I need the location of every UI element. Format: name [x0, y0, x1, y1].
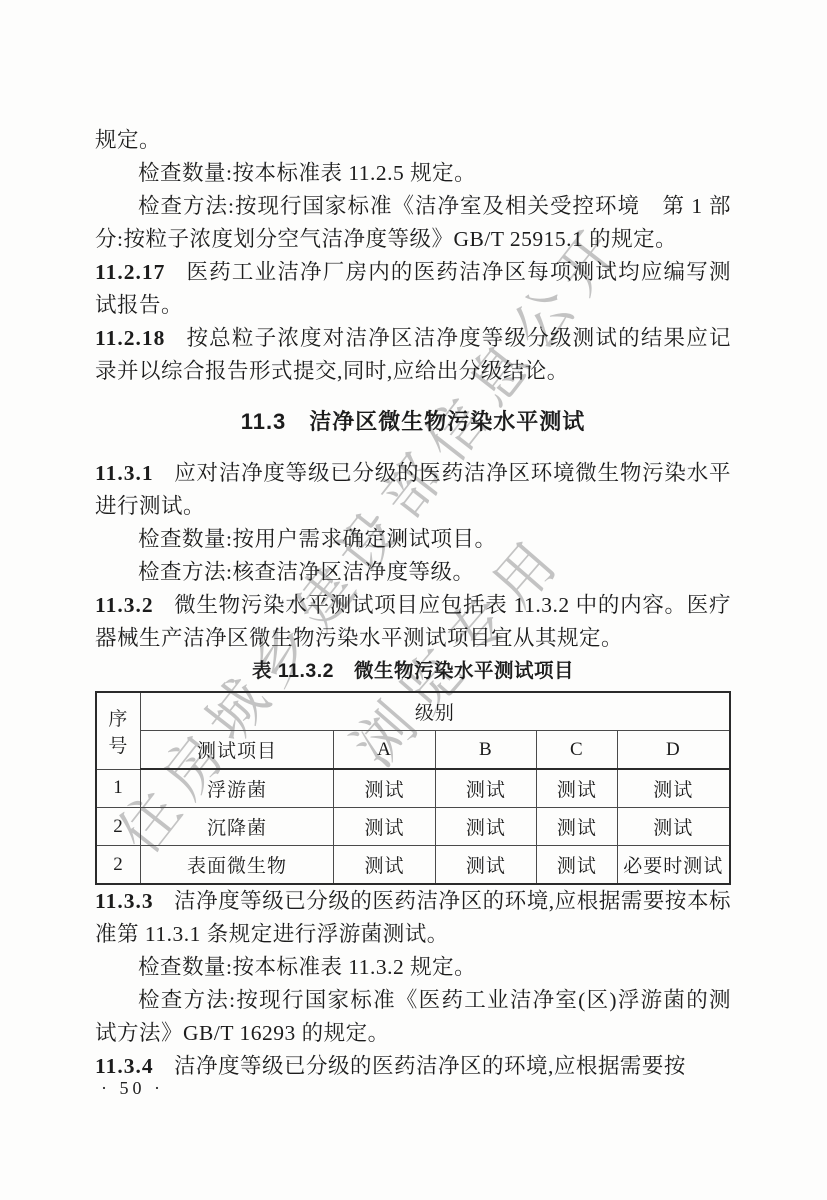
cell-item: 沉降菌: [140, 808, 333, 846]
page-content: 规定。 检查数量:按本标准表 11.2.5 规定。 检查方法:按现行国家标准《洁…: [95, 124, 731, 1083]
cell-item: 浮游菌: [140, 769, 333, 808]
table-header-row-1: 序号 级别: [96, 692, 730, 731]
cell-c: 测试: [537, 846, 618, 885]
check-method-11-3-1: 检查方法:核查洁净区洁净度等级。: [95, 556, 731, 589]
section-11-3-4: 11.3.4洁净度等级已分级的医药洁净区的环境,应根据需要按: [95, 1050, 731, 1083]
section-11-3-1: 11.3.1应对洁净度等级已分级的医药洁净区环境微生物污染水平进行测试。: [95, 457, 731, 523]
cell-d: 测试: [617, 808, 730, 846]
cell-item: 表面微生物: [140, 846, 333, 885]
paragraph-continuation: 规定。: [95, 124, 731, 157]
section-text: 洁净度等级已分级的医药洁净区的环境,应根据需要按: [174, 1054, 686, 1078]
section-number: 11.2.17: [95, 260, 165, 284]
section-11-3-2: 11.3.2微生物污染水平测试项目应包括表 11.3.2 中的内容。医疗器械生产…: [95, 589, 731, 655]
cell-seq: 2: [96, 846, 140, 885]
cell-d: 必要时测试: [617, 846, 730, 885]
section-number: 11.3.4: [95, 1054, 154, 1078]
section-11-2-17: 11.2.17医药工业洁净厂房内的医药洁净区每项测试均应编写测试报告。: [95, 256, 731, 322]
header-grade-d: D: [617, 731, 730, 770]
cell-c: 测试: [537, 808, 618, 846]
cell-a: 测试: [334, 846, 435, 885]
cell-b: 测试: [435, 808, 536, 846]
section-text: 微生物污染水平测试项目应包括表 11.3.2 中的内容。医疗器械生产洁净区微生物…: [95, 593, 731, 650]
section-number: 11.3.2: [95, 593, 154, 617]
check-quantity-11-3-3: 检查数量:按本标准表 11.3.2 规定。: [95, 951, 731, 984]
table-11-3-2: 序号 级别 测试项目 A B C D 1 浮游菌 测试 测试 测试 测试 2 沉…: [95, 691, 731, 885]
document-page: 住房城乡建设部信息公开 浏览专用 规定。 检查数量:按本标准表 11.2.5 规…: [0, 0, 827, 1200]
table-header-row-2: 测试项目 A B C D: [96, 731, 730, 770]
cell-a: 测试: [334, 769, 435, 808]
cell-b: 测试: [435, 846, 536, 885]
table-row: 2 表面微生物 测试 测试 测试 必要时测试: [96, 846, 730, 885]
section-text: 按总粒子浓度对洁净区洁净度等级分级测试的结果应记录并以综合报告形式提交,同时,应…: [95, 326, 731, 383]
section-text: 洁净度等级已分级的医药洁净区的环境,应根据需要按本标准第 11.3.1 条规定进…: [95, 889, 731, 946]
section-number: 11.2.18: [95, 326, 165, 350]
page-number: · 50 ·: [101, 1078, 164, 1099]
header-level: 级别: [140, 692, 730, 731]
header-seq: 序号: [96, 692, 140, 769]
section-11-3-3: 11.3.3洁净度等级已分级的医药洁净区的环境,应根据需要按本标准第 11.3.…: [95, 885, 731, 951]
section-number: 11.3.1: [95, 461, 154, 485]
cell-seq: 2: [96, 808, 140, 846]
section-text: 医药工业洁净厂房内的医药洁净区每项测试均应编写测试报告。: [95, 260, 731, 317]
check-method-11-3-3: 检查方法:按现行国家标准《医药工业洁净室(区)浮游菌的测试方法》GB/T 162…: [95, 984, 731, 1050]
table-row: 1 浮游菌 测试 测试 测试 测试: [96, 769, 730, 808]
check-quantity-11-2: 检查数量:按本标准表 11.2.5 规定。: [95, 157, 731, 190]
cell-seq: 1: [96, 769, 140, 808]
cell-c: 测试: [537, 769, 618, 808]
cell-d: 测试: [617, 769, 730, 808]
cell-a: 测试: [334, 808, 435, 846]
check-quantity-11-3-1: 检查数量:按用户需求确定测试项目。: [95, 523, 731, 556]
cell-b: 测试: [435, 769, 536, 808]
header-grade-b: B: [435, 731, 536, 770]
section-number: 11.3.3: [95, 889, 154, 913]
section-11-2-18: 11.2.18按总粒子浓度对洁净区洁净度等级分级测试的结果应记录并以综合报告形式…: [95, 322, 731, 388]
section-text: 应对洁净度等级已分级的医药洁净区环境微生物污染水平进行测试。: [95, 461, 731, 518]
table-caption: 表 11.3.2 微生物污染水平测试项目: [95, 656, 731, 686]
check-method-11-2: 检查方法:按现行国家标准《洁净室及相关受控环境 第 1 部分:按粒子浓度划分空气…: [95, 190, 731, 256]
header-item: 测试项目: [140, 731, 333, 770]
header-grade-a: A: [334, 731, 435, 770]
heading-11-3: 11.3 洁净区微生物污染水平测试: [95, 405, 731, 438]
table-row: 2 沉降菌 测试 测试 测试 测试: [96, 808, 730, 846]
header-grade-c: C: [537, 731, 618, 770]
